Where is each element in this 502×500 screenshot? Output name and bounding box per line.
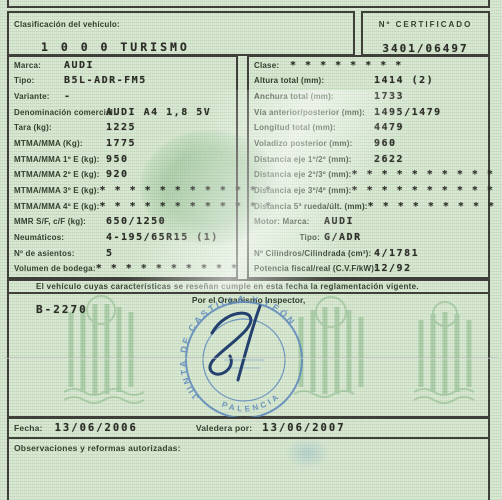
field-value: 4-195/65R15 (1) bbox=[106, 232, 219, 243]
field-row-altura: Altura total (mm):1414 (2) bbox=[249, 73, 488, 88]
field-value: * * * * * * * * * * bbox=[96, 263, 239, 274]
field-row-tara: Tara (kg):1225 bbox=[9, 120, 236, 135]
field-value: 4479 bbox=[374, 122, 404, 133]
date-value: 13/06/2006 bbox=[55, 422, 138, 434]
field-value: 650/1250 bbox=[106, 216, 166, 227]
field-label: Distancia 5ª rueda/últ. (mm): bbox=[254, 202, 368, 211]
field-value: 4/1781 bbox=[374, 248, 419, 259]
classification-label: Clasificación del vehículo: bbox=[14, 20, 120, 29]
field-label: Altura total (mm): bbox=[254, 76, 374, 85]
field-row-anchura: Anchura total (mm):1733 bbox=[249, 89, 488, 104]
field-label: Nº Cilindros/Cilindrada (cm³): bbox=[254, 249, 374, 258]
field-row-motor-marca: Motor: Marca:AUDI bbox=[249, 214, 488, 229]
field-label: Tipo: bbox=[254, 233, 324, 242]
field-value: * * * * * * * * * * bbox=[352, 185, 495, 196]
field-label: Marca: bbox=[14, 61, 64, 70]
certificate-number-value: 3401/06497 bbox=[363, 42, 488, 55]
vehicle-data-column: Marca:AUDI Tipo:B5L-ADR-FM5 Variante:- D… bbox=[7, 55, 238, 279]
field-row-mtma-e3: MTMA/MMA 3º E (kg):* * * * * * * * * * *… bbox=[9, 183, 236, 198]
field-row-mtma: MTMA/MMA (Kg):1775 bbox=[9, 136, 236, 151]
field-label: MTMA/MMA (Kg): bbox=[14, 139, 106, 148]
field-value: 2622 bbox=[374, 154, 404, 165]
field-row-bodega: Volumen de bodega:* * * * * * * * * * bbox=[9, 261, 236, 276]
station-code: B-2270 bbox=[36, 303, 88, 316]
field-label: Tipo: bbox=[14, 76, 64, 85]
field-row-neumaticos: Neumáticos:4-195/65R15 (1) bbox=[9, 230, 236, 245]
valid-until-value: 13/06/2007 bbox=[262, 422, 345, 434]
field-label: MTMA/MMA 1º E (kg): bbox=[14, 155, 106, 164]
field-row-mmr: MMR S/F, c/F (kg):650/1250 bbox=[9, 214, 236, 229]
inspector-signature bbox=[210, 306, 260, 380]
field-row-via: Vía anterior/posterior (mm):1495/1479 bbox=[249, 105, 488, 120]
field-value: 950 bbox=[106, 154, 129, 165]
observations-label: Observaciones y reformas autorizadas: bbox=[9, 439, 488, 453]
field-label: Denominación comercial: bbox=[14, 108, 106, 117]
field-value: * * * * * * * * bbox=[290, 60, 403, 71]
field-label: MTMA/MMA 3º E (kg): bbox=[14, 186, 100, 195]
field-row-variante: Variante:- bbox=[9, 89, 236, 104]
field-label: Voladizo posterior (mm): bbox=[254, 139, 374, 148]
field-label: Vía anterior/posterior (mm): bbox=[254, 108, 374, 117]
field-value: 1495/1479 bbox=[374, 107, 442, 118]
classification-value: 1 0 0 0 TURISMO bbox=[41, 40, 353, 54]
field-value: 12/92 bbox=[374, 263, 412, 274]
field-label: MMR S/F, c/F (kg): bbox=[14, 217, 106, 226]
svg-text:JUNTA DE CASTILLA Y LEÓN: JUNTA DE CASTILLA Y LEÓN bbox=[178, 294, 298, 402]
valid-until-label: Valedera por: bbox=[196, 423, 252, 433]
field-value: 1225 bbox=[106, 122, 136, 133]
field-label: Nº de asientos: bbox=[14, 249, 106, 258]
field-row-clase: Clase:* * * * * * * * bbox=[249, 58, 488, 73]
field-label: MTMA/MMA 2º E (kg): bbox=[14, 170, 106, 179]
field-row-dist12: Distancia eje 1º/2º (mm):2622 bbox=[249, 152, 488, 167]
validity-row: Fecha: 13/06/2006 Valedera por: 13/06/20… bbox=[7, 417, 490, 439]
field-row-cilindrada: Nº Cilindros/Cilindrada (cm³):4/1781 bbox=[249, 246, 488, 261]
certificate-form: Clasificación del vehículo: 1 0 0 0 TURI… bbox=[7, 0, 490, 500]
field-label: MTMA/MMA 4º E (kg): bbox=[14, 202, 100, 211]
field-row-motor-tipo: Tipo:G/ADR bbox=[249, 230, 488, 245]
field-value: AUDI A4 1,8 5V bbox=[106, 107, 211, 118]
certificate-number-label: Nº CERTIFICADO bbox=[379, 20, 473, 29]
field-label: Motor: Marca: bbox=[254, 217, 324, 226]
observations-section: Observaciones y reformas autorizadas: bbox=[7, 437, 490, 500]
field-row-mtma-e1: MTMA/MMA 1º E (kg):950 bbox=[9, 152, 236, 167]
field-label: Potencia fiscal/real (C.V.F/kW): bbox=[254, 264, 374, 273]
scanned-vehicle-certificate: { "header": { "classification_label": "C… bbox=[0, 0, 502, 500]
field-value: G/ADR bbox=[324, 232, 362, 243]
field-row-denominacion: Denominación comercial:AUDI A4 1,8 5V bbox=[9, 105, 236, 120]
field-value: * * * * * * * * * * bbox=[352, 169, 495, 180]
field-row-longitud: Longitud total (mm):4479 bbox=[249, 120, 488, 135]
field-row-potencia: Potencia fiscal/real (C.V.F/kW):12/92 bbox=[249, 261, 488, 276]
official-stamp: JUNTA DE CASTILLA Y LEÓN PALENCIA bbox=[172, 288, 316, 432]
field-value: 5 bbox=[106, 248, 114, 259]
field-label: Distancia eje 1º/2º (mm): bbox=[254, 155, 374, 164]
field-row-tipo: Tipo:B5L-ADR-FM5 bbox=[9, 73, 236, 88]
field-value: 960 bbox=[374, 138, 397, 149]
field-label: Distancia eje 3º/4º (mm): bbox=[254, 186, 352, 195]
field-value: 1733 bbox=[374, 91, 404, 102]
field-label: Variante: bbox=[14, 92, 64, 101]
field-row-marca: Marca:AUDI bbox=[9, 58, 236, 73]
field-label: Clase: bbox=[254, 61, 290, 70]
field-value: B5L-ADR-FM5 bbox=[64, 75, 147, 86]
field-value: AUDI bbox=[64, 60, 94, 71]
field-row-asientos: Nº de asientos:5 bbox=[9, 246, 236, 261]
field-value: * * * * * * * * * * bbox=[368, 201, 502, 212]
field-row-mtma-e4: MTMA/MMA 4º E (kg):* * * * * * * * * * *… bbox=[9, 199, 236, 214]
field-row-mtma-e2: MTMA/MMA 2º E (kg):920 bbox=[9, 167, 236, 182]
stamp-text-top: JUNTA DE CASTILLA Y LEÓN bbox=[178, 294, 298, 402]
field-label: Volumen de bodega: bbox=[14, 264, 96, 273]
field-row-dist34: Distancia eje 3º/4º (mm):* * * * * * * *… bbox=[249, 183, 488, 198]
previous-section-edge bbox=[7, 0, 490, 8]
field-value: 1775 bbox=[106, 138, 136, 149]
inspector-section: Por el Organismo Inspector, B-2270 JUNTA… bbox=[7, 292, 490, 418]
field-row-voladizo: Voladizo posterior (mm):960 bbox=[249, 136, 488, 151]
field-value: 920 bbox=[106, 169, 129, 180]
field-row-dist23: Distancia eje 2º/3º (mm):* * * * * * * *… bbox=[249, 167, 488, 182]
field-label: Tara (kg): bbox=[14, 123, 106, 132]
dimensions-engine-column: Clase:* * * * * * * * Altura total (mm):… bbox=[247, 55, 490, 279]
field-value: AUDI bbox=[324, 216, 354, 227]
field-label: Neumáticos: bbox=[14, 233, 106, 242]
field-value: - bbox=[64, 91, 72, 102]
field-label: Anchura total (mm): bbox=[254, 92, 374, 101]
field-label: Distancia eje 2º/3º (mm): bbox=[254, 170, 352, 179]
field-label: Longitud total (mm): bbox=[254, 123, 374, 132]
classification-box: Clasificación del vehículo: 1 0 0 0 TURI… bbox=[7, 11, 355, 56]
certificate-number-box: Nº CERTIFICADO 3401/06497 bbox=[361, 11, 490, 56]
field-row-dist5r: Distancia 5ª rueda/últ. (mm):* * * * * *… bbox=[249, 199, 488, 214]
date-label: Fecha: bbox=[14, 423, 43, 433]
field-value: 1414 (2) bbox=[374, 75, 434, 86]
